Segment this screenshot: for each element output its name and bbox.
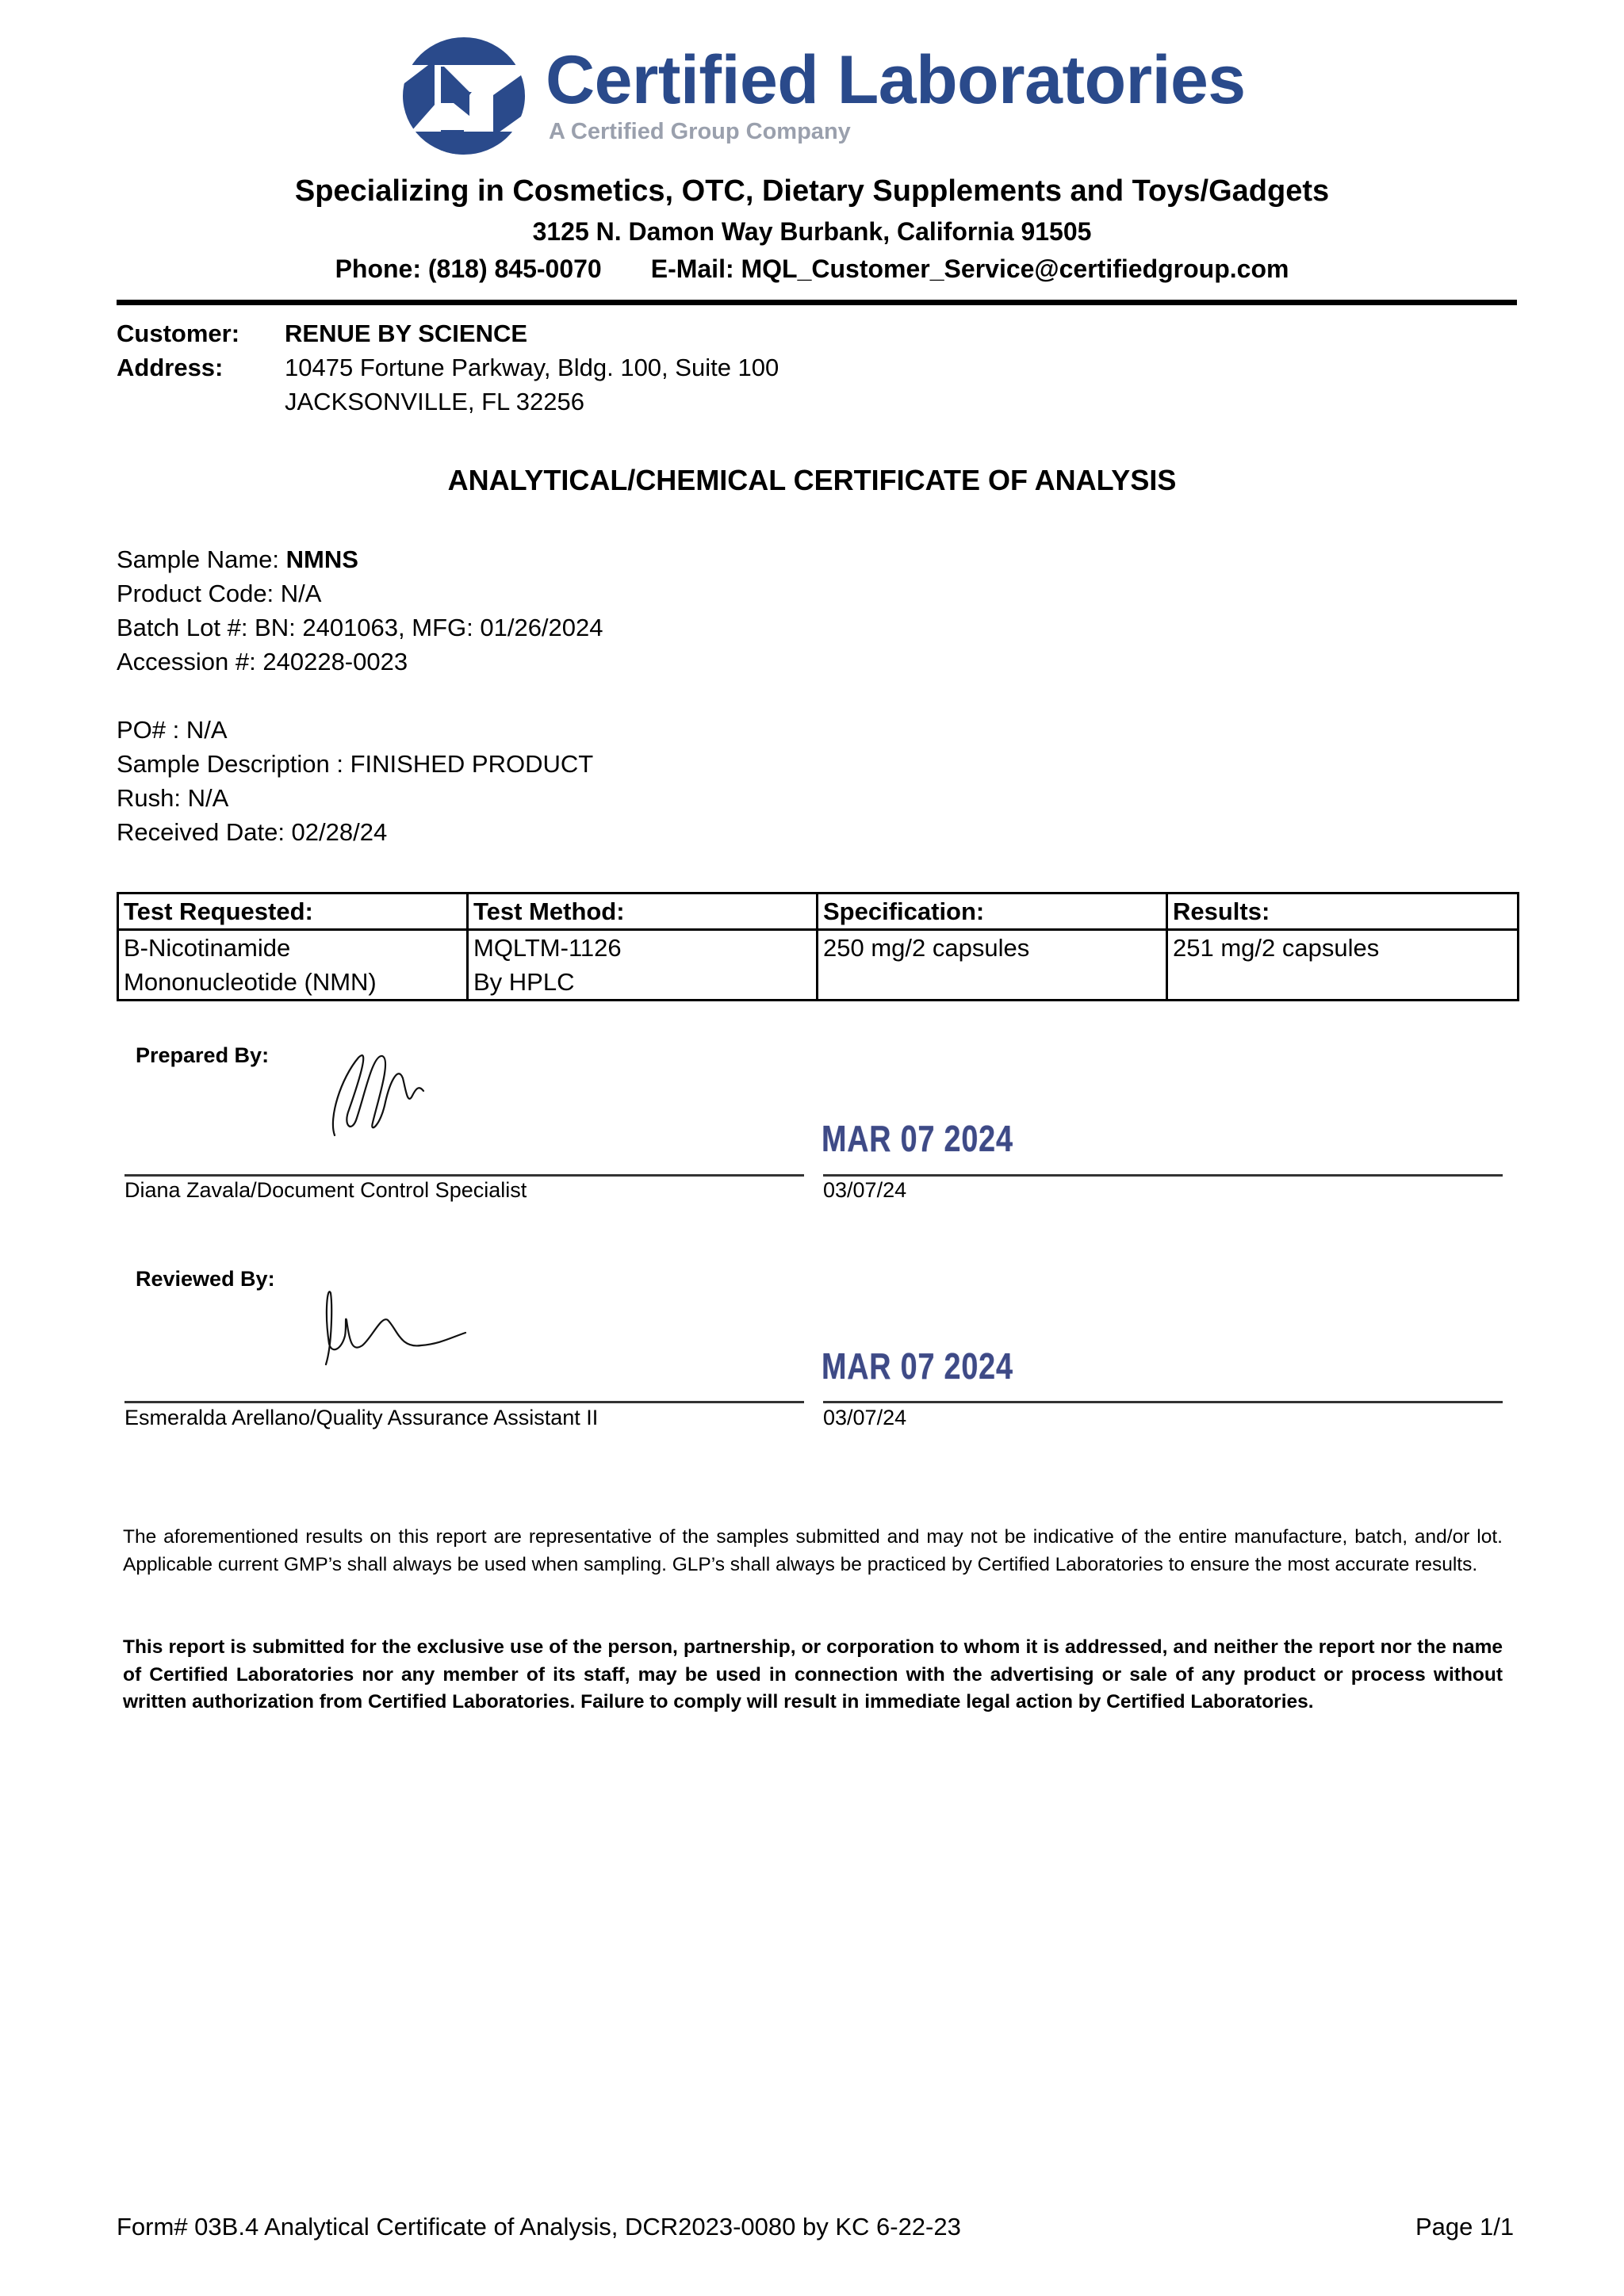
header-divider: [117, 300, 1517, 305]
table-row: B-Nicotinamide Mononucleotide (NMN) MQLT…: [118, 930, 1519, 1001]
prepared-signature: [325, 1047, 468, 1142]
column-header: Specification:: [818, 894, 1167, 930]
prepared-date: 03/07/24: [823, 1180, 906, 1201]
lab-address: 3125 N. Damon Way Burbank, California 91…: [0, 219, 1624, 244]
sample-name-value: NMNS: [286, 545, 358, 573]
test-method-line: MQLTM-1126: [473, 931, 811, 965]
test-method-line: By HPLC: [473, 965, 811, 999]
accession-number: Accession #: 240228-0023: [117, 649, 408, 674]
document-title: ANALYTICAL/CHEMICAL CERTIFICATE OF ANALY…: [0, 466, 1624, 495]
date-line: [823, 1401, 1503, 1403]
prepared-by-label: Prepared By:: [136, 1045, 269, 1066]
batch-lot: Batch Lot #: BN: 2401063, MFG: 01/26/202…: [117, 615, 603, 640]
certified-laboratories-logo-icon: [401, 36, 527, 155]
brand-subtitle: A Certified Group Company: [549, 121, 851, 143]
lab-phone: Phone: (818) 845-0070: [335, 256, 602, 281]
customer-name: RENUE BY SCIENCE: [285, 321, 527, 346]
po-number: PO# : N/A: [117, 717, 228, 742]
representative-disclaimer: The aforementioned results on this repor…: [123, 1524, 1503, 1578]
results-cell: 251 mg/2 capsules: [1167, 930, 1519, 1001]
sample-name: Sample Name: NMNS: [117, 547, 358, 572]
test-requested-line: B-Nicotinamide: [124, 931, 462, 965]
customer-address-line1: 10475 Fortune Parkway, Bldg. 100, Suite …: [285, 355, 779, 380]
reviewed-by-label: Reviewed By:: [136, 1269, 275, 1290]
address-label: Address:: [117, 355, 223, 380]
reviewed-date: 03/07/24: [823, 1407, 906, 1429]
column-header: Test Method:: [468, 894, 818, 930]
prepared-by-name: Diana Zavala/Document Control Specialist: [124, 1180, 527, 1201]
sample-name-label: Sample Name:: [117, 545, 286, 573]
results-table: Test Requested: Test Method: Specificati…: [117, 892, 1519, 1001]
test-method-cell: MQLTM-1126 By HPLC: [468, 930, 818, 1001]
page-number: Page 1/1: [1415, 2214, 1514, 2239]
result-value: 251 mg/2 capsules: [1173, 931, 1512, 965]
reviewed-signature: [321, 1288, 543, 1368]
test-requested-cell: B-Nicotinamide Mononucleotide (NMN): [118, 930, 468, 1001]
column-header: Results:: [1167, 894, 1519, 930]
customer-address-line2: JACKSONVILLE, FL 32256: [285, 389, 584, 414]
reviewed-by-name: Esmeralda Arellano/Quality Assurance Ass…: [124, 1407, 598, 1429]
signature-line: [124, 1401, 804, 1403]
form-info: Form# 03B.4 Analytical Certificate of An…: [117, 2214, 961, 2239]
lab-tagline: Specializing in Cosmetics, OTC, Dietary …: [0, 176, 1624, 206]
specification-cell: 250 mg/2 capsules: [818, 930, 1167, 1001]
date-line: [823, 1174, 1503, 1177]
sample-description: Sample Description : FINISHED PRODUCT: [117, 752, 593, 776]
table-header-row: Test Requested: Test Method: Specificati…: [118, 894, 1519, 930]
customer-label: Customer:: [117, 321, 239, 346]
lab-email: E-Mail: MQL_Customer_Service@certifiedgr…: [651, 256, 1289, 281]
brand-name: Certified Laboratories: [546, 46, 1246, 114]
date-stamp: MAR 07 2024: [822, 1348, 1013, 1384]
date-stamp: MAR 07 2024: [822, 1120, 1013, 1157]
rush: Rush: N/A: [117, 786, 228, 810]
signature-line: [124, 1174, 804, 1177]
lab-contact: Phone: (818) 845-0070E-Mail: MQL_Custome…: [0, 256, 1624, 281]
received-date: Received Date: 02/28/24: [117, 820, 387, 844]
test-requested-line: Mononucleotide (NMN): [124, 965, 462, 999]
exclusive-use-disclaimer: This report is submitted for the exclusi…: [123, 1634, 1503, 1716]
column-header: Test Requested:: [118, 894, 468, 930]
specification-value: 250 mg/2 capsules: [823, 931, 1161, 965]
product-code: Product Code: N/A: [117, 581, 321, 606]
